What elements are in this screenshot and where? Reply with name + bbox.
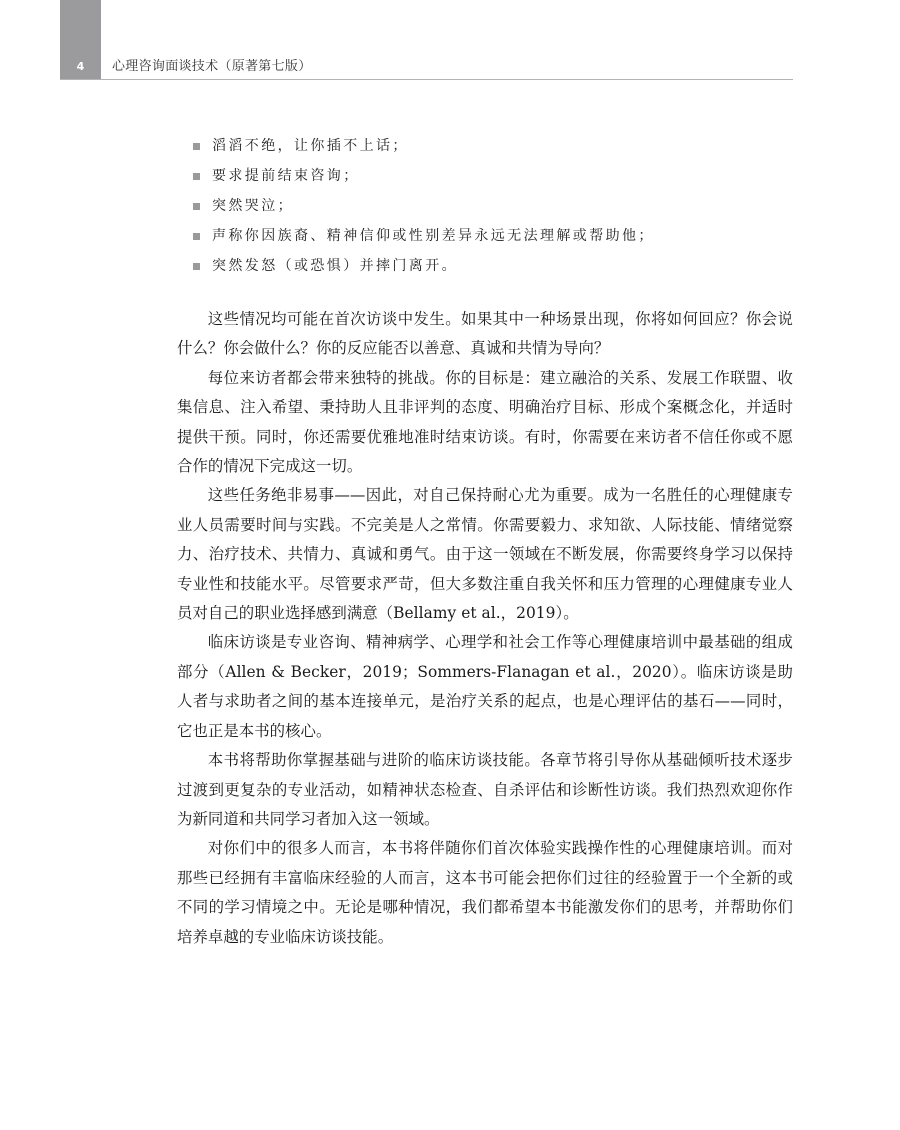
square-bullet-icon	[193, 173, 200, 180]
running-header-title: 心理咨询面谈技术（原著第七版）	[112, 55, 312, 74]
paragraph: 每位来访者都会带来独特的挑战。你的目标是：建立融洽的关系、发展工作联盟、收集信息…	[177, 364, 793, 482]
bullet-item: 要求提前结束咨询；	[193, 161, 655, 191]
paragraph: 对你们中的很多人而言，本书将伴随你们首次体验实践操作性的心理健康培训。而对那些已…	[177, 834, 793, 952]
square-bullet-icon	[193, 203, 200, 210]
bullet-item: 声称你因族裔、精神信仰或性别差异永远无法理解或帮助他；	[193, 221, 655, 251]
bullet-item: 突然哭泣；	[193, 191, 655, 221]
square-bullet-icon	[193, 143, 200, 150]
bullet-text: 突然发怒（或恐惧）并摔门离开。	[212, 251, 458, 281]
body-text: 这些情况均可能在首次访谈中发生。如果其中一种场景出现，你将如何回应？你会说什么？…	[177, 305, 793, 952]
bullet-text: 滔滔不绝，让你插不上话；	[212, 131, 409, 161]
bullet-item: 突然发怒（或恐惧）并摔门离开。	[193, 251, 655, 281]
paragraph: 临床访谈是专业咨询、精神病学、心理学和社会工作等心理健康培训中最基础的组成部分（…	[177, 628, 793, 746]
bullet-text: 突然哭泣；	[212, 191, 294, 221]
bullet-list: 滔滔不绝，让你插不上话； 要求提前结束咨询； 突然哭泣； 声称你因族裔、精神信仰…	[193, 131, 655, 281]
square-bullet-icon	[193, 233, 200, 240]
page-number-tab: 4	[60, 0, 101, 80]
paragraph: 本书将帮助你掌握基础与进阶的临床访谈技能。各章节将引导你从基础倾听技术逐步过渡到…	[177, 746, 793, 834]
paragraph: 这些情况均可能在首次访谈中发生。如果其中一种场景出现，你将如何回应？你会说什么？…	[177, 305, 793, 364]
bullet-text: 要求提前结束咨询；	[212, 161, 360, 191]
paragraph: 这些任务绝非易事——因此，对自己保持耐心尤为重要。成为一名胜任的心理健康专业人员…	[177, 481, 793, 628]
square-bullet-icon	[193, 263, 200, 270]
header-divider	[60, 79, 793, 80]
page-number: 4	[60, 60, 101, 73]
bullet-item: 滔滔不绝，让你插不上话；	[193, 131, 655, 161]
bullet-text: 声称你因族裔、精神信仰或性别差异永远无法理解或帮助他；	[212, 221, 655, 251]
